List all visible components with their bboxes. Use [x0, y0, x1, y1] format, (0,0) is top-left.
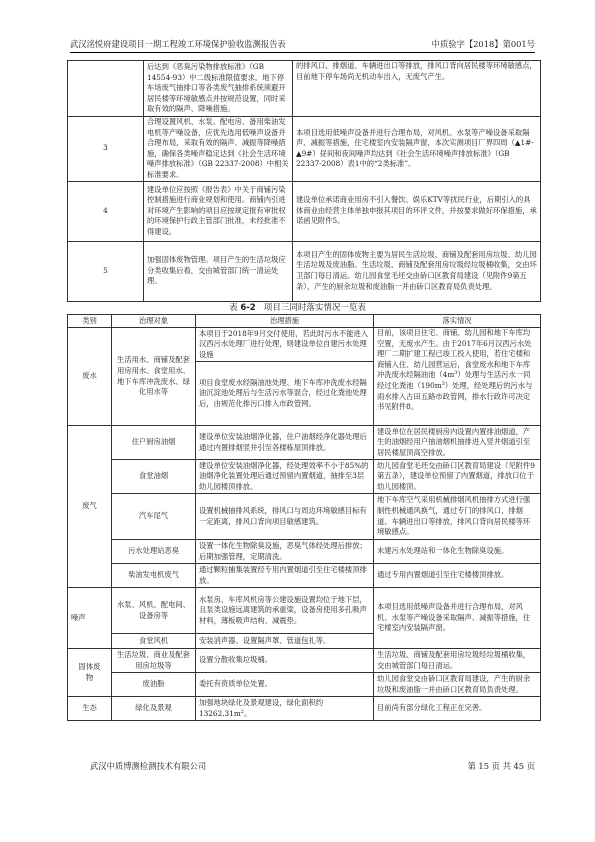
item-number [68, 61, 144, 117]
table-row: 污水处理站恶臭 设置一体化生物除臭设施，恶臭气体经处理后排放；后期加强管理，定期… [68, 540, 541, 564]
item-number: 5 [68, 241, 144, 301]
measure-cell: 安装消声器、设置隔声罩、管道包扎等。 [196, 634, 374, 649]
status-cell: 幼儿园食堂交由硚口区教育局建设，产生的厨余垃圾和废油脂一并由硚口区教育局负责处理… [374, 673, 541, 697]
measure-cell: 加强地块绿化及景观建设，绿化面积约13262.31m2。 [196, 697, 374, 721]
category-cell: 固体废物 [68, 649, 112, 697]
column-header: 类别 [68, 315, 112, 328]
table-row: 后达到《恶臭污染物排放标准》（GB 14554-93）中二级标准限值要求。地下停… [68, 61, 541, 117]
status-cell: 通过专用内置烟道引至住宅楼楼顶排放。 [374, 564, 541, 588]
table-row: 废气 住户厨房油烟 建设单位安装油烟净化器，住户油烟经净化器处理后通过内置排烟竖… [68, 426, 541, 460]
report-title: 武汉洺悦府建设项目一期工程竣工环境保护验收监测报告表 [70, 38, 286, 50]
target-cell: 生活垃圾、商业及配套用房垃圾等 [112, 649, 196, 673]
table-row: 噪声 水泵、风机、配电间、设备房等 水泵房、车库风机房等公建设施设置均位于地下层… [68, 588, 541, 634]
status-cell: 本项目选用低噪声设备并进行合理布局，对风机、水泵等产噪设备采取隔声、减振等措施，… [293, 117, 541, 182]
table-row: 柴油发电机废气 通过颗粒捕集装置经专用内置烟道引至住宅楼楼顶排放。 通过专用内置… [68, 564, 541, 588]
target-cell: 柴油发电机废气 [112, 564, 196, 588]
table-row: 生态 绿化及景观 加强地块绿化及景观建设，绿化面积约13262.31m2。 目前… [68, 697, 541, 721]
table-row: 4 建设单位应按照《报告表》中关于商铺污染控制措施进行商业规划和使用。商铺内引进… [68, 181, 541, 241]
target-cell: 绿化及景观 [112, 697, 196, 721]
status-cell: 建设单位承诺商业用房不引入餐饮、娱乐KTV等扰民行业，后期引入的具体商业由经营主… [293, 181, 541, 241]
status-cell: 未建污水处理站和一体化生物除臭设施。 [374, 540, 541, 564]
measure-cell: 水泵房、车库风机房等公建设施设置均位于地下层，且泵类设施远离建筑的承重梁，设备房… [196, 588, 374, 634]
measure-cell: 通过颗粒捕集装置经专用内置烟道引至住宅楼楼顶排放。 [196, 564, 374, 588]
target-cell: 食堂油烟 [112, 460, 196, 494]
status-cell: 本项目选用低噪声设备并进行合理布局，对风机、水泵等产噪设备采取隔声、减振等措施，… [374, 588, 541, 649]
target-cell: 食堂风机 [112, 634, 196, 649]
item-number: 3 [68, 117, 144, 182]
measure-cell: 设置一体化生物除臭设施，恶臭气体经处理后排放；后期加强管理，定期清洗。 [196, 540, 374, 564]
requirement-cell: 加强固体废物管理。项目产生的生活垃圾应分类收集后看，交由城管部门统一清运处理。 [144, 241, 293, 301]
measure-cell: 建设单位安装油烟净化器，经处理效率不小于85%的油烟净化装置处理后通过预留内置烟… [196, 460, 374, 494]
category-cell: 噪声 [68, 588, 112, 649]
status-cell: 幼儿园食堂毛坯交由硚口区教育局建设（见附件9第五条），建设单位预留了内置烟道，排… [374, 460, 541, 494]
status-cell: 本项目产生的固体废物主要为居民生活垃圾、商铺及配套用房垃圾、幼儿园生活垃圾及废油… [293, 241, 541, 301]
page-number: 第 15 页 共 45 页 [468, 760, 536, 772]
status-cell: 建设单位在居民楼厨房内设置内置排油烟道，产生的油烟经用户抽油烟机抽排进入竖井烟道… [374, 426, 541, 460]
page-header: 武汉洺悦府建设项目一期工程竣工环境保护验收监测报告表 中质验字【2018】第00… [70, 38, 535, 53]
table-caption: 表 6-2 项目三同时落实情况一览表 [0, 301, 595, 313]
status-cell: 目前，该项目住宅、商铺、幼儿园和地下车库均空置，无废水产生。由于2017年6月汉… [374, 328, 541, 426]
table-row: 5 加强固体废物管理。项目产生的生活垃圾应分类收集后看，交由城管部门统一清运处理… [68, 241, 541, 301]
category-cell: 生态 [68, 697, 112, 721]
item-number: 4 [68, 181, 144, 241]
target-cell: 汽车尾气 [112, 494, 196, 540]
target-cell: 住户厨房油烟 [112, 426, 196, 460]
table-row: 汽车尾气 设置机械抽排风系统，排风口与周边环境敏感目标有一定距离，排风口背向项目… [68, 494, 541, 540]
status-cell: 生活垃圾、商铺及配套用房垃圾经垃圾桶收集，交由城管部门每日清运。 [374, 649, 541, 673]
column-header: 落实情况 [374, 315, 541, 328]
requirement-cell: 建设单位应按照《报告表》中关于商铺污染控制措施进行商业规划和使用。商铺内引进对环… [144, 181, 293, 241]
measure-cell: 委托有资质单位处置。 [196, 673, 374, 697]
measure-cell: 设置分散收集垃圾桶。 [196, 649, 374, 673]
table-row: 3 合理设置风机、水泵、配电房、备用柴油发电机等产噪设备，应优先选用低噪声设备并… [68, 117, 541, 182]
compliance-table: 后达到《恶臭污染物排放标准》（GB 14554-93）中二级标准限值要求。地下停… [67, 60, 541, 302]
document-number: 中质验字【2018】第001号 [432, 38, 535, 50]
category-cell: 废水 [68, 328, 112, 426]
target-cell: 污水处理站恶臭 [112, 540, 196, 564]
measure-cell: 设置机械抽排风系统，排风口与周边环境敏感目标有一定距离，排风口背向项目敏感建筑。 [196, 494, 374, 540]
table-number: 6-2 [240, 303, 255, 313]
table-title: 项目三同时落实情况一览表 [264, 303, 366, 313]
measure-cell: 项目食堂废水经隔油池处理、地下车库冲洗废水经隔油沉淀池处理后与生活污水等混合，经… [196, 362, 374, 426]
measure-cell: 本项目于2018年9月交付使用，若此时污水不能进入汉西污水处理厂进行处理，则建设… [196, 328, 374, 362]
status-cell: 地下车库空气采用机械排烟风机抽排方式进行强制性机械通风换气，通过专门的排风口、排… [374, 494, 541, 540]
table-row: 食堂油烟 建设单位安装油烟净化器，经处理效率不小于85%的油烟净化装置处理后通过… [68, 460, 541, 494]
table-row: 废油脂 委托有资质单位处置。 幼儿园食堂交由硚口区教育局建设，产生的厨余垃圾和废… [68, 673, 541, 697]
category-cell: 废气 [68, 426, 112, 588]
table-row: 固体废物 生活垃圾、商业及配套用房垃圾等 设置分散收集垃圾桶。 生活垃圾、商铺及… [68, 649, 541, 673]
three-simultaneous-table: 类别 治理对象 治理措施 落实情况 废水 生活用水、商铺及配套用房用水、食堂用水… [67, 314, 541, 721]
status-cell: 目前尚有部分绿化工程正在完善。 [374, 697, 541, 721]
requirement-cell: 合理设置风机、水泵、配电房、备用柴油发电机等产噪设备，应优先选用低噪声设备并合理… [144, 117, 293, 182]
target-cell: 生活用水、商铺及配套用房用水、食堂用水、地下车库冲洗废水、绿化用水等 [112, 328, 196, 426]
column-header: 治理对象 [112, 315, 196, 328]
column-header: 治理措施 [196, 315, 374, 328]
table-header-row: 类别 治理对象 治理措施 落实情况 [68, 315, 541, 328]
page-footer: 武汉中质博测检测技术有限公司 第 15 页 共 45 页 [90, 760, 535, 772]
table-row: 废水 生活用水、商铺及配套用房用水、食堂用水、地下车库冲洗废水、绿化用水等 本项… [68, 328, 541, 362]
measure-cell: 建设单位安装油烟净化器，住户油烟经净化器处理后通过内置排烟竖井引至各楼栋屋顶排放… [196, 426, 374, 460]
status-cell: 的排风口、排烟道、车辆进出口等排放，排风口背向居民楼等环境敏感点，目前地下停车场… [293, 61, 541, 117]
target-cell: 废油脂 [112, 673, 196, 697]
requirement-cell: 后达到《恶臭污染物排放标准》（GB 14554-93）中二级标准限值要求。地下停… [144, 61, 293, 117]
company-name: 武汉中质博测检测技术有限公司 [90, 761, 206, 771]
target-cell: 水泵、风机、配电间、设备房等 [112, 588, 196, 634]
